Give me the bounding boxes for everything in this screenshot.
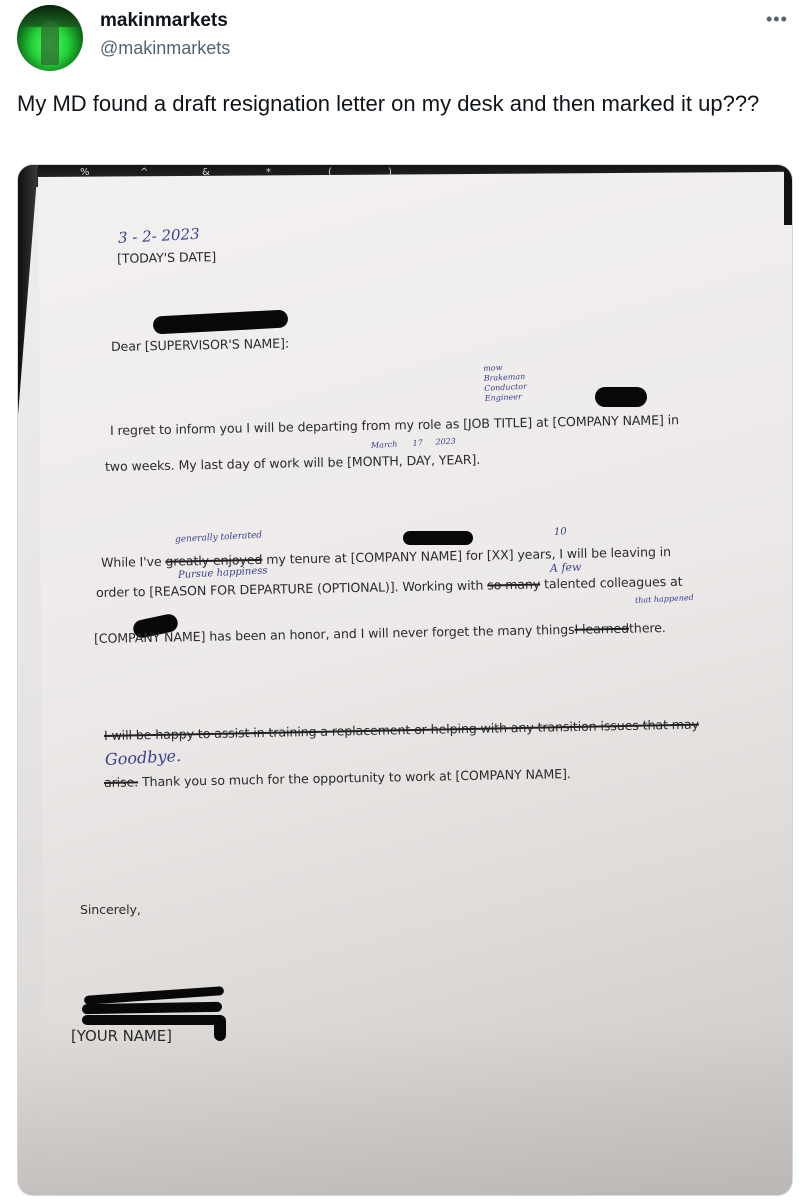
signature-redaction [214, 1015, 226, 1041]
tweet-text: My MD found a draft resignation letter o… [17, 91, 787, 116]
signature-placeholder: [YOUR NAME] [71, 1027, 172, 1045]
paper-edge-shadow [18, 165, 38, 415]
tweet-photo[interactable]: $ % ^ & * ( ) 3 - 2- 2023 [TODAY'S DATE]… [17, 164, 793, 1196]
signature-redaction [82, 1015, 224, 1025]
paper-shadow [18, 1025, 792, 1195]
date-placeholder: [TODAY'S DATE] [117, 249, 216, 266]
struck-text: arise. [104, 774, 138, 790]
user-handle[interactable]: @makinmarkets [100, 38, 230, 59]
closing: Sincerely, [80, 902, 141, 917]
job-title-note: mow Brakeman Conductor Engineer [483, 362, 528, 404]
struck-text: so many [487, 576, 540, 592]
years-note: 10 [554, 526, 567, 538]
avatar[interactable] [17, 5, 83, 71]
tweet-header: makinmarkets @makinmarkets ••• [0, 0, 809, 80]
more-horizontal-icon[interactable]: ••• [766, 14, 788, 24]
paper-edge-shadow [784, 165, 792, 225]
struck-text: I learned [574, 621, 629, 637]
goodbye-note: Goodbye. [105, 746, 182, 769]
redaction-mark [595, 387, 647, 407]
avatar-figure [41, 21, 59, 65]
redaction-mark [403, 531, 473, 545]
display-name[interactable]: makinmarkets [100, 10, 228, 32]
colleagues-note: A few [550, 560, 582, 575]
